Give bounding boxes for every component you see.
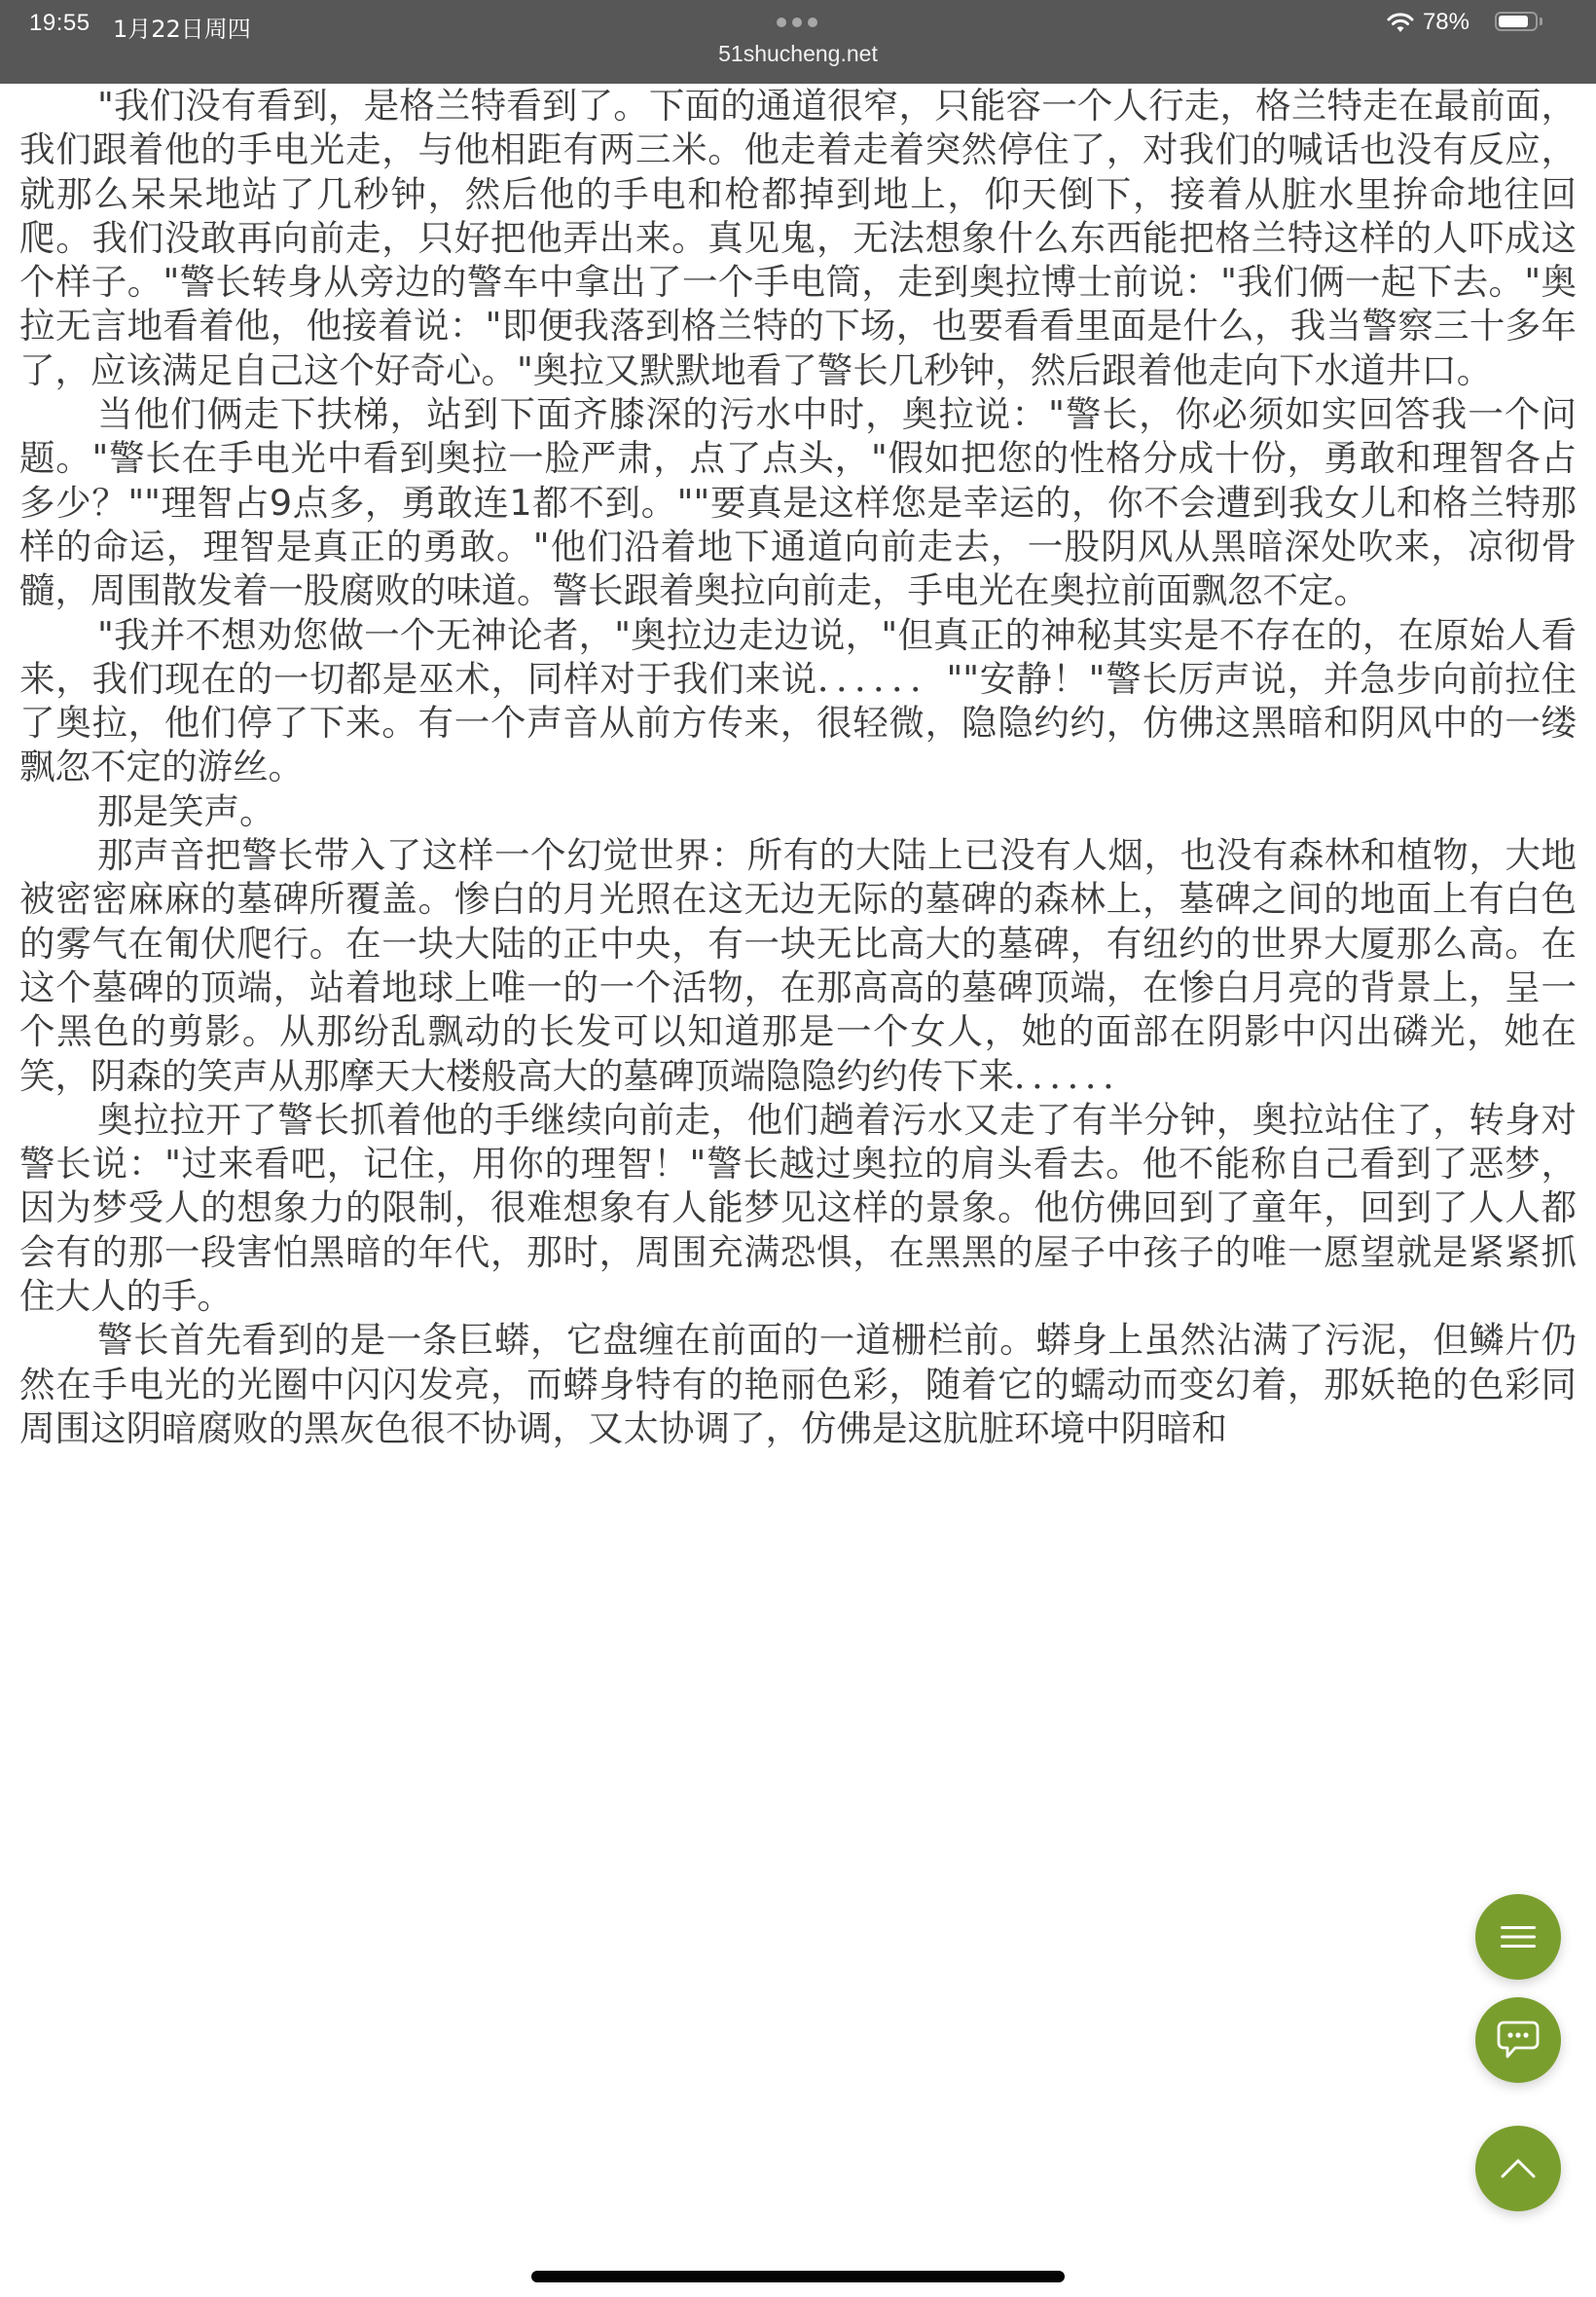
- home-indicator-bar[interactable]: [531, 2271, 1065, 2282]
- paragraph: 那是笑声。: [19, 789, 1577, 833]
- comment-button[interactable]: [1475, 1997, 1561, 2083]
- paragraph: 当他们俩走下扶梯，站到下面齐膝深的污水中时，奥拉说："警长，你必须如实回答我一个…: [19, 392, 1577, 612]
- battery-nub: [1540, 18, 1542, 25]
- paragraph: 那声音把警长带入了这样一个幻觉世界：所有的大陆上已没有人烟，也没有森林和植物，大…: [19, 833, 1577, 1098]
- chevron-up-icon: [1499, 2157, 1538, 2180]
- address-url[interactable]: 51shucheng.net: [0, 41, 1596, 67]
- browser-status-bar: 19:55 1月22日周四 51shucheng.net 78%: [0, 0, 1596, 84]
- battery-percent: 78%: [1423, 9, 1469, 36]
- back-to-top-button[interactable]: [1475, 2126, 1561, 2211]
- chapter-content: "我们没有看到，是格兰特看到了。下面的通道很窄，只能容一个人行走，格兰特走在最前…: [19, 84, 1577, 1450]
- paragraph: 警长首先看到的是一条巨蟒，它盘缠在前面的一道栅栏前。蟒身上虽然沾满了污泥，但鳞片…: [19, 1318, 1577, 1450]
- more-dots-icon[interactable]: [777, 18, 817, 27]
- battery-icon: [1495, 12, 1538, 31]
- system-indicators: 78%: [1386, 9, 1469, 36]
- menu-button[interactable]: [1475, 1894, 1561, 1980]
- menu-icon: [1499, 1922, 1538, 1951]
- paragraph: "我们没有看到，是格兰特看到了。下面的通道很窄，只能容一个人行走，格兰特走在最前…: [19, 84, 1577, 392]
- comment-icon: [1496, 2020, 1541, 2060]
- paragraph: "我并不想劝您做一个无神论者，"奥拉边走边说，"但真正的神秘其实是不存在的，在原…: [19, 613, 1577, 789]
- clock-date: 1月22日周四: [113, 10, 251, 44]
- clock-time: 19:55: [29, 10, 91, 37]
- wifi-icon: [1386, 11, 1415, 34]
- paragraph: 奥拉拉开了警长抓着他的手继续向前走，他们趟着污水又走了有半分钟，奥拉站住了，转身…: [19, 1098, 1577, 1318]
